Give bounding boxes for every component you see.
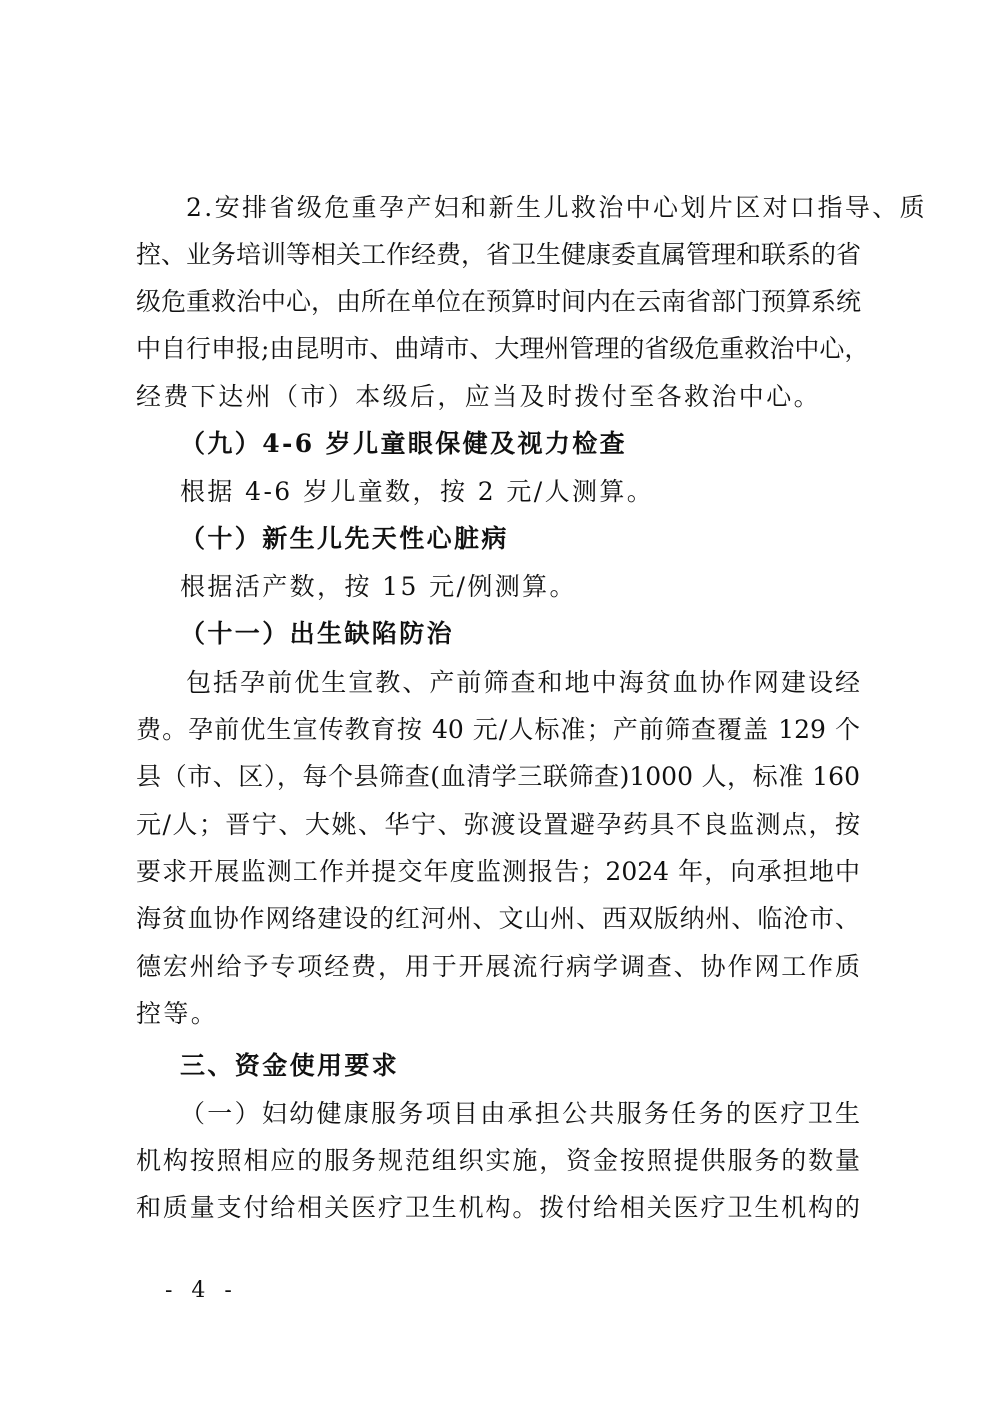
- paragraph-line: 中自行申报;由昆明市、曲靖市、大理州管理的省级危重救治中心，: [136, 334, 860, 364]
- paragraph-line: 元/人；晋宁、大姚、华宁、弥渡设置避孕药具不良监测点，按: [136, 810, 860, 840]
- paragraph-line: 和质量支付给相关医疗卫生机构。拨付给相关医疗卫生机构的: [136, 1193, 860, 1223]
- paragraph-line: （一）妇幼健康服务项目由承担公共服务任务的医疗卫生: [180, 1099, 860, 1129]
- paragraph-line: 级危重救治中心，由所在单位在预算时间内在云南省部门预算系统: [136, 287, 860, 317]
- page-number: - 4 -: [165, 1278, 238, 1303]
- subheading-congenital-heart: （十）新生儿先天性心脏病: [180, 524, 860, 554]
- paragraph-line: 县（市、区），每个县筛查(血清学三联筛查)1000 人，标准 160: [136, 762, 860, 792]
- section-heading-fund-usage: 三、资金使用要求: [180, 1051, 860, 1081]
- paragraph-line: 机构按照相应的服务规范组织实施，资金按照提供服务的数量: [136, 1146, 860, 1176]
- paragraph-line: 控、业务培训等相关工作经费，省卫生健康委直属管理和联系的省: [136, 240, 860, 270]
- paragraph-line: 根据 4-6 岁儿童数，按 2 元/人测算。: [180, 477, 860, 507]
- subheading-eye-care: （九）4-6 岁儿童眼保健及视力检查: [180, 429, 860, 459]
- subheading-birth-defects: （十一）出生缺陷防治: [180, 619, 860, 649]
- paragraph-line: 包括孕前优生宣教、产前筛查和地中海贫血协作网建设经: [186, 668, 860, 698]
- paragraph-line: 德宏州给予专项经费，用于开展流行病学调查、协作网工作质: [136, 952, 860, 982]
- paragraph-line: 控等。: [136, 999, 860, 1029]
- paragraph-line: 经费下达州（市）本级后，应当及时拨付至各救治中心。: [136, 382, 860, 412]
- paragraph-line: 海贫血协作网络建设的红河州、文山州、西双版纳州、临沧市、: [136, 904, 860, 934]
- paragraph-line: 要求开展监测工作并提交年度监测报告；2024 年，向承担地中: [136, 857, 860, 887]
- paragraph-line: 费。孕前优生宣传教育按 40 元/人标准；产前筛查覆盖 129 个: [136, 715, 860, 745]
- paragraph-line: 2.安排省级危重孕产妇和新生儿救治中心划片区对口指导、质: [136, 193, 860, 223]
- paragraph-line: 根据活产数，按 15 元/例测算。: [180, 572, 860, 602]
